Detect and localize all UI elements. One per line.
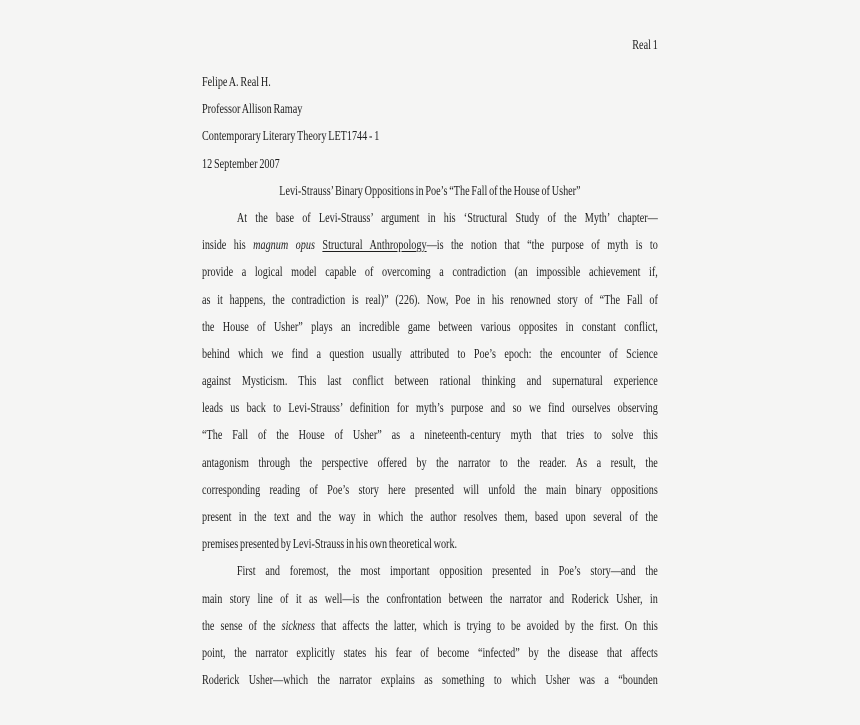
text-segment: Roderick Usher—which the narrator explai… xyxy=(202,673,658,688)
body-line: premises presented by Levi-Strauss in hi… xyxy=(202,531,658,558)
body-line: At the base of Levi-Strauss’ argument in… xyxy=(202,205,658,232)
text-segment: premises presented by Levi-Strauss in hi… xyxy=(202,537,457,552)
heading-line: Professor Allison Ramay xyxy=(202,96,658,123)
body-line: the sense of the sickness that affects t… xyxy=(202,613,658,640)
body-line: as it happens, the contradiction is real… xyxy=(202,287,658,314)
heading-line: Felipe A. Real H. xyxy=(202,69,658,96)
mla-heading-block: Felipe A. Real H.Professor Allison Ramay… xyxy=(202,69,658,178)
text-segment: the House of Usher” plays an incredible … xyxy=(202,320,658,335)
body-line: behind which we find a question usually … xyxy=(202,341,658,368)
text-segment: as it happens, the contradiction is real… xyxy=(202,293,658,308)
body-line: main story line of it as well—is the con… xyxy=(202,586,658,613)
text-segment: —is the notion that “the purpose of myth… xyxy=(427,238,658,253)
essay-text: Felipe A. Real H.Professor Allison Ramay… xyxy=(202,69,658,694)
heading-line: 12 September 2007 xyxy=(202,151,658,178)
heading-line: Contemporary Literary Theory LET1744 - 1 xyxy=(202,123,658,150)
body-line: Roderick Usher—which the narrator explai… xyxy=(202,667,658,694)
text-segment: antagonism through the perspective offer… xyxy=(202,456,658,471)
body-line: point, the narrator explicitly states hi… xyxy=(202,640,658,667)
page-content: Real 1 Felipe A. Real H.Professor Alliso… xyxy=(202,0,658,725)
body-line: antagonism through the perspective offer… xyxy=(202,450,658,477)
body-line: leads us back to Levi-Strauss’ definitio… xyxy=(202,395,658,422)
essay-body: At the base of Levi-Strauss’ argument in… xyxy=(202,205,658,694)
text-segment: provide a logical model capable of overc… xyxy=(202,265,658,280)
text-segment: that affects the latter, which is trying… xyxy=(315,619,658,634)
underlined-text-segment: Structural Anthropology xyxy=(322,238,426,253)
body-line: corresponding reading of Poe’s story her… xyxy=(202,477,658,504)
essay-title: Levi-Strauss’ Binary Oppositions in Poe’… xyxy=(202,178,658,205)
italic-text-segment: sickness xyxy=(282,619,315,634)
body-line: provide a logical model capable of overc… xyxy=(202,259,658,286)
text-segment: First and foremost, the most important o… xyxy=(237,564,658,579)
text-segment: At the base of Levi-Strauss’ argument in… xyxy=(237,211,658,226)
text-segment: leads us back to Levi-Strauss’ definitio… xyxy=(202,401,658,416)
text-segment: against Mysticism. This last conflict be… xyxy=(202,374,658,389)
text-segment: main story line of it as well—is the con… xyxy=(202,592,658,607)
body-line: the House of Usher” plays an incredible … xyxy=(202,314,658,341)
text-segment: point, the narrator explicitly states hi… xyxy=(202,646,658,661)
page-header-number: Real 1 xyxy=(202,32,658,59)
italic-text-segment: magnum opus xyxy=(253,238,315,253)
body-line: First and foremost, the most important o… xyxy=(202,558,658,585)
text-segment: present in the text and the way in which… xyxy=(202,510,658,525)
document-page: Real 1 Felipe A. Real H.Professor Alliso… xyxy=(0,0,860,725)
text-segment: “The Fall of the House of Usher” as a ni… xyxy=(202,428,658,443)
body-line: “The Fall of the House of Usher” as a ni… xyxy=(202,422,658,449)
text-segment xyxy=(315,238,322,253)
text-segment: the sense of the xyxy=(202,619,282,634)
text-segment: corresponding reading of Poe’s story her… xyxy=(202,483,658,498)
text-segment: behind which we find a question usually … xyxy=(202,347,658,362)
body-line: inside his magnum opus Structural Anthro… xyxy=(202,232,658,259)
body-line: present in the text and the way in which… xyxy=(202,504,658,531)
text-segment: inside his xyxy=(202,238,253,253)
body-line: against Mysticism. This last conflict be… xyxy=(202,368,658,395)
